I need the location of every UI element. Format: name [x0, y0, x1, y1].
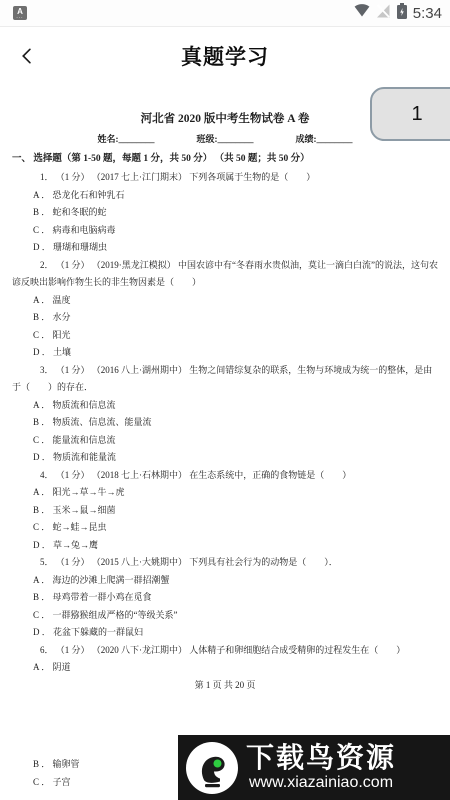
notification-app-icon: A ... — [13, 6, 27, 20]
option: A ． 海边的沙滩上爬满一群招潮蟹 — [12, 572, 438, 590]
question-text: 5． （1 分） （2015 八上·大姚期中） 下列具有社会行为的动物是（ ）． — [12, 554, 438, 572]
option: B ． 水分 — [12, 309, 438, 327]
app-header: 真题学习 — [0, 27, 450, 85]
ad-banner[interactable]: 下载鸟资源 www.xiazainiao.com — [178, 735, 450, 800]
app-icon-dots: ... — [16, 16, 23, 19]
option: A ． 恐龙化石和钟乳石 — [12, 187, 438, 205]
option: A ． 温度 — [12, 292, 438, 310]
page-title: 真题学习 — [181, 41, 269, 71]
wifi-icon — [354, 4, 370, 22]
back-button[interactable] — [12, 41, 42, 71]
clock-time: 5:34 — [413, 5, 442, 22]
question-text: 4． （1 分） （2018 七上·石林期中） 在生态系统中，正确的食物链是（ … — [12, 467, 438, 485]
battery-charging-icon — [397, 3, 407, 24]
bird-logo-icon — [186, 742, 238, 794]
question-text: 3． （1 分） （2016 八上·湖州期中） 生物之间错综复杂的联系，生物与环… — [12, 362, 438, 397]
score-field-label: 成绩:________ — [296, 129, 353, 149]
option: A ． 阳光→草→牛→虎 — [12, 484, 438, 502]
option: C ． 能量流和信息流 — [12, 432, 438, 450]
option: B ． 玉米→鼠→细菌 — [12, 502, 438, 520]
section-heading: 一、 选择题（第 1-50 题，每题 1 分，共 50 分） （共 50 题；共… — [12, 149, 438, 169]
class-field-label: 班级:________ — [197, 129, 254, 149]
document-viewport[interactable]: 河北省 2020 版中考生物试卷 A 卷 姓名:________ 班级:____… — [0, 85, 450, 791]
ad-url: www.xiazainiao.com — [249, 773, 393, 792]
option: D ． 珊瑚和珊瑚虫 — [12, 239, 438, 257]
option: D ． 土壤 — [12, 344, 438, 362]
option: D ． 草→兔→鹰 — [12, 537, 438, 555]
option: B ． 物质流、信息流、能量流 — [12, 414, 438, 432]
question-text: 6． （1 分） （2020 八下·龙江期中） 人体精子和卵细胞结合成受精卵的过… — [12, 642, 438, 660]
page-indicator-handle[interactable]: 1 — [370, 87, 450, 141]
option: C ． 阳光 — [12, 327, 438, 345]
question-text: 1． （1 分） （2017 七上·江门期末） 下列各项属于生物的是（ ） — [12, 169, 438, 187]
option: A ． 物质流和信息流 — [12, 397, 438, 415]
name-field-label: 姓名:________ — [98, 129, 155, 149]
option: A ． 阴道 — [12, 659, 438, 677]
option: C ． 蛇→蛙→昆虫 — [12, 519, 438, 537]
status-bar: A ... 5:34 — [0, 0, 450, 27]
ad-title: 下载鸟资源 — [246, 743, 396, 773]
option: D ． 花盆下躲藏的一群鼠妇 — [12, 624, 438, 642]
option: C ． 病毒和电脑病毒 — [12, 222, 438, 240]
question-text: 2． （1 分） （2019·黑龙江模拟） 中国农谚中有“冬春雨水贵似油，莫让一… — [12, 257, 438, 292]
page-number-footer: 第 1 页 共 20 页 — [12, 677, 438, 695]
option: B ． 蛇和冬眠的蛇 — [12, 204, 438, 222]
chevron-left-icon — [17, 46, 37, 66]
option: C ． 一群猕猴组成严格的“等级关系” — [12, 607, 438, 625]
option: B ． 母鸡带着一群小鸡在觅食 — [12, 589, 438, 607]
no-signal-icon — [376, 4, 391, 23]
option: D ． 物质流和能量流 — [12, 449, 438, 467]
